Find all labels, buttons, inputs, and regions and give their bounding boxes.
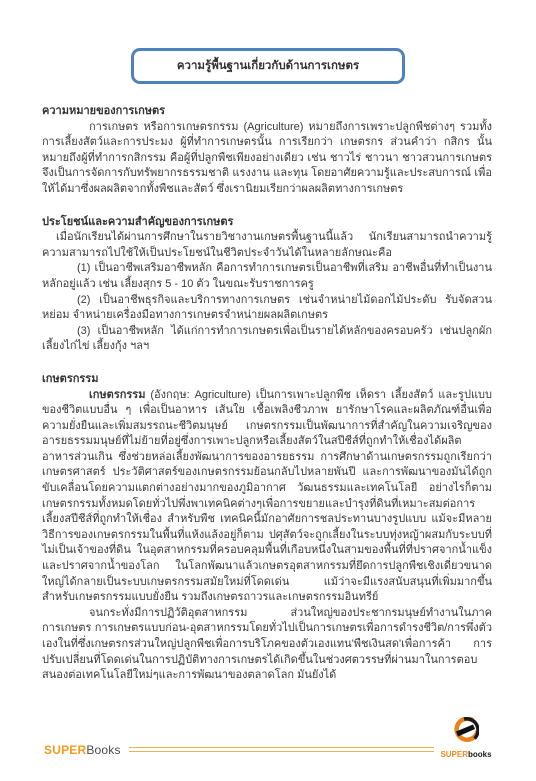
list-item-3: (3) เป็นอาชีพหลัก ได้แก่การทำการเกษตรเพื… — [42, 324, 492, 355]
footer: SUPERBooks SUPERbooks — [44, 717, 490, 759]
section-heading-meaning: ความหมายของการเกษตร — [42, 104, 492, 120]
list-item-2: (2) เป็นอาชีพธุรกิจและบริการทางการเกษตร … — [42, 293, 492, 324]
footer-brand: SUPERBooks — [44, 743, 121, 759]
footer-brand-books: Books — [86, 743, 120, 757]
paragraph-agriculture: เกษตรกรรม (อังกฤษ: Agriculture) เป็นการเ… — [42, 388, 492, 606]
logo-wordmark: SUPERbooks — [440, 750, 491, 759]
document-page: ความรู้พื้นฐานเกี่ยวกับด้านการเกษตร ความ… — [0, 0, 536, 781]
paragraph-benefits-intro: เมื่อนักเรียนได้ผ่านการศึกษาในรายวิชางาน… — [42, 230, 492, 261]
footer-rule — [129, 747, 434, 752]
page-title: ความรู้พื้นฐานเกี่ยวกับด้านการเกษตร — [177, 57, 359, 75]
paragraph-agriculture-2: จนกระทั่งมีการปฏิวัติอุตสาหกรรม ส่วนใหญ่… — [42, 606, 492, 684]
section-heading-agriculture: เกษตรกรรม — [42, 372, 492, 388]
logo-wordmark-super: SUPER — [440, 750, 468, 759]
title-box: ความรู้พื้นฐานเกี่ยวกับด้านการเกษตร — [131, 48, 405, 84]
swoosh-logo-icon — [453, 717, 479, 750]
paragraph-agriculture-text: (อังกฤษ: Agriculture) เป็นการเพาะปลูกพืช… — [42, 389, 492, 604]
footer-brand-super: SUPER — [44, 743, 86, 757]
superbooks-logo: SUPERbooks — [442, 717, 490, 759]
section-heading-benefits: ประโยชน์และความสำคัญของการเกษตร — [42, 215, 492, 231]
paragraph-meaning: การเกษตร หรือการเกษตรกรรม (Agriculture) … — [42, 120, 492, 198]
lead-term: เกษตรกรรม — [89, 389, 145, 401]
logo-wordmark-books: books — [468, 750, 492, 759]
document-content: ความหมายของการเกษตร การเกษตร หรือการเกษต… — [0, 104, 536, 684]
list-item-1: (1) เป็นอาชีพเสริมอาชีพหลัก คือการทำการเ… — [42, 261, 492, 292]
